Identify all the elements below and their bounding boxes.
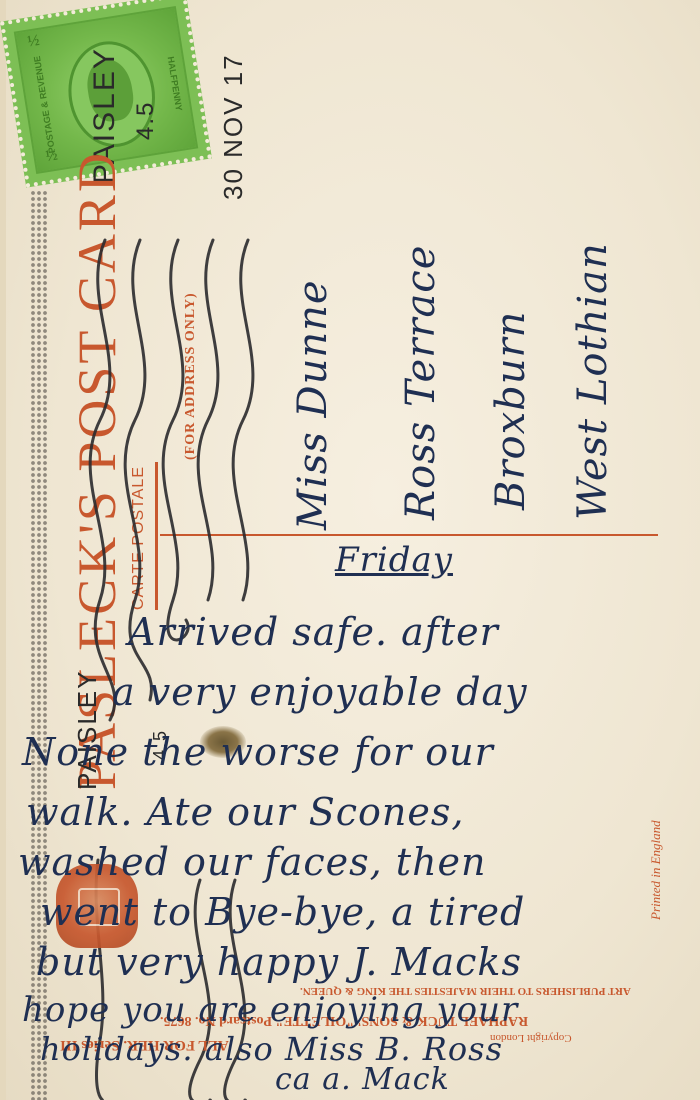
address-line-4: West Lothian (570, 242, 616, 520)
address-line-2: Ross Terrace (398, 245, 444, 520)
message-signature: ca a. Mack (275, 1062, 450, 1097)
address-line-1: Miss Dunne (290, 279, 336, 530)
postcard: POSTAGE & REVENUE HALFPENNY ½ ½ PAISLEY … (0, 0, 700, 1100)
message-line-4: walk. Ate our Scones, (26, 790, 464, 834)
message-day: Friday (335, 540, 453, 580)
address-line-3: Broxburn (488, 311, 534, 510)
message-line-2: a very enjoyable day (112, 670, 528, 714)
message-line-6: went to Bye-bye, a tired (40, 890, 525, 934)
printed-in-england: Printed in England (648, 820, 664, 920)
message-line-7: but very happy J. Macks (36, 940, 522, 984)
message-line-8: hope you are enjoying your (22, 990, 518, 1030)
message-line-1: Arrived safe. after (128, 610, 499, 654)
message-line-3: None the worse for our (22, 730, 494, 774)
message-line-5: washed our faces, then (18, 840, 487, 884)
